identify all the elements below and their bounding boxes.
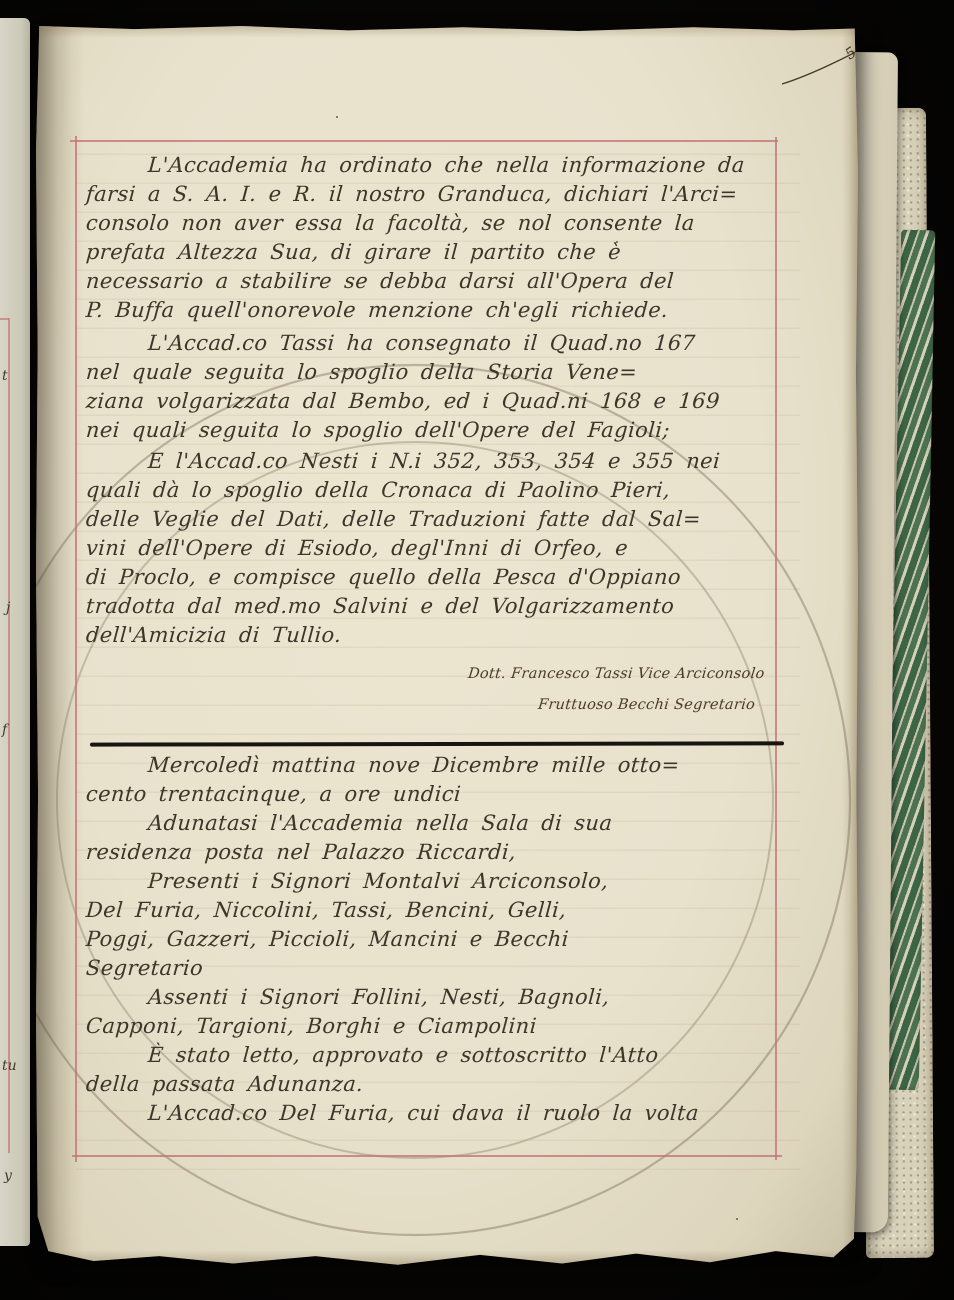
manuscript-line: farsi a S. A. I. e R. il nostro Granduca… xyxy=(85,181,781,208)
manuscript-line: L'Accad.co Tassi ha consegnato il Quad.n… xyxy=(85,330,843,357)
manuscript-page: 567 L'Accademia ha ordinato che nella in… xyxy=(36,26,858,1266)
manuscript-line: P. Buffa quell'onorevole menzione ch'egl… xyxy=(85,297,781,324)
signature-arciconsolo: Dott. Francesco Tassi Vice Arciconsolo xyxy=(467,666,765,682)
manuscript-line: delle Veglie del Dati, delle Traduzioni … xyxy=(85,506,781,533)
ink-speck xyxy=(616,241,618,243)
manuscript-line: necessario a stabilire se debba darsi al… xyxy=(85,268,781,295)
ink-speck xyxy=(736,1218,738,1220)
manuscript-line: L'Accademia ha ordinato che nella inform… xyxy=(85,152,843,179)
ink-speck xyxy=(336,116,338,118)
manuscript-line: E l'Accad.co Nesti i N.i 352, 353, 354 e… xyxy=(85,448,843,475)
facing-page-ruled-line-corner xyxy=(0,318,9,320)
red-border-top xyxy=(70,140,778,142)
manuscript-line: nei quali seguita lo spoglio dell'Opere … xyxy=(85,417,781,444)
red-border-bottom xyxy=(72,1155,782,1157)
manuscript-line: Adunatasi l'Accademia nella Sala di sua xyxy=(85,810,843,837)
manuscript-line: quali dà lo spoglio della Cronaca di Pao… xyxy=(85,477,781,504)
page-edge-shading xyxy=(36,26,858,38)
manuscript-line: nel quale seguita lo spoglio della Stori… xyxy=(85,359,781,386)
text-fragment: y xyxy=(4,1168,12,1184)
manuscript-line: Mercoledì mattina nove Dicembre mille ot… xyxy=(85,752,843,779)
manuscript-line: vini dell'Opere di Esiodo, degl'Inni di … xyxy=(85,535,781,562)
manuscript-line: tradotta dal med.mo Salvini e del Volgar… xyxy=(85,593,781,620)
facing-page-edge: t j f tu y xyxy=(0,18,30,1246)
manuscript-line: Capponi, Targioni, Borghi e Ciampolini xyxy=(85,1013,781,1040)
manuscript-line: di Proclo, e compisce quello della Pesca… xyxy=(85,564,781,591)
manuscript-line: L'Accad.co Del Furia, cui dava il ruolo … xyxy=(85,1100,843,1127)
page-edge-shading xyxy=(842,26,858,1266)
facing-page-ruled-line xyxy=(8,318,10,1153)
manuscript-line: residenza posta nel Palazzo Riccardi, xyxy=(85,839,781,866)
manuscript-line: cento trentacinque, a ore undici xyxy=(85,781,781,808)
signature-segretario: Fruttuoso Becchi Segretario xyxy=(537,697,756,713)
manuscript-line: Del Furia, Niccolini, Tassi, Bencini, Ge… xyxy=(85,897,781,924)
text-fragment: t xyxy=(2,368,8,384)
photo-background: t j f tu y 567 L'Accademia ha ordinato c… xyxy=(0,0,954,1300)
manuscript-line: dell'Amicizia di Tullio. xyxy=(85,622,781,649)
manuscript-line: È stato letto, approvato e sottoscritto … xyxy=(85,1042,843,1069)
manuscript-line: Assenti i Signori Follini, Nesti, Bagnol… xyxy=(85,984,843,1011)
text-fragment: f xyxy=(2,722,7,738)
manuscript-line: ziana volgarizzata dal Bembo, ed i Quad.… xyxy=(85,388,781,415)
text-fragment: tu xyxy=(2,1058,17,1074)
manuscript-line: prefata Altezza Sua, di girare il partit… xyxy=(85,239,781,266)
red-border-left xyxy=(75,136,77,1162)
manuscript-line: Presenti i Signori Montalvi Arciconsolo, xyxy=(85,868,843,895)
manuscript-line: consolo non aver essa la facoltà, se nol… xyxy=(85,210,781,237)
manuscript-line: Segretario xyxy=(85,955,781,982)
text-fragment: j xyxy=(6,600,10,616)
manuscript-line: Poggi, Gazzeri, Piccioli, Mancini e Becc… xyxy=(85,926,781,953)
manuscript-line: della passata Adunanza. xyxy=(85,1071,781,1098)
